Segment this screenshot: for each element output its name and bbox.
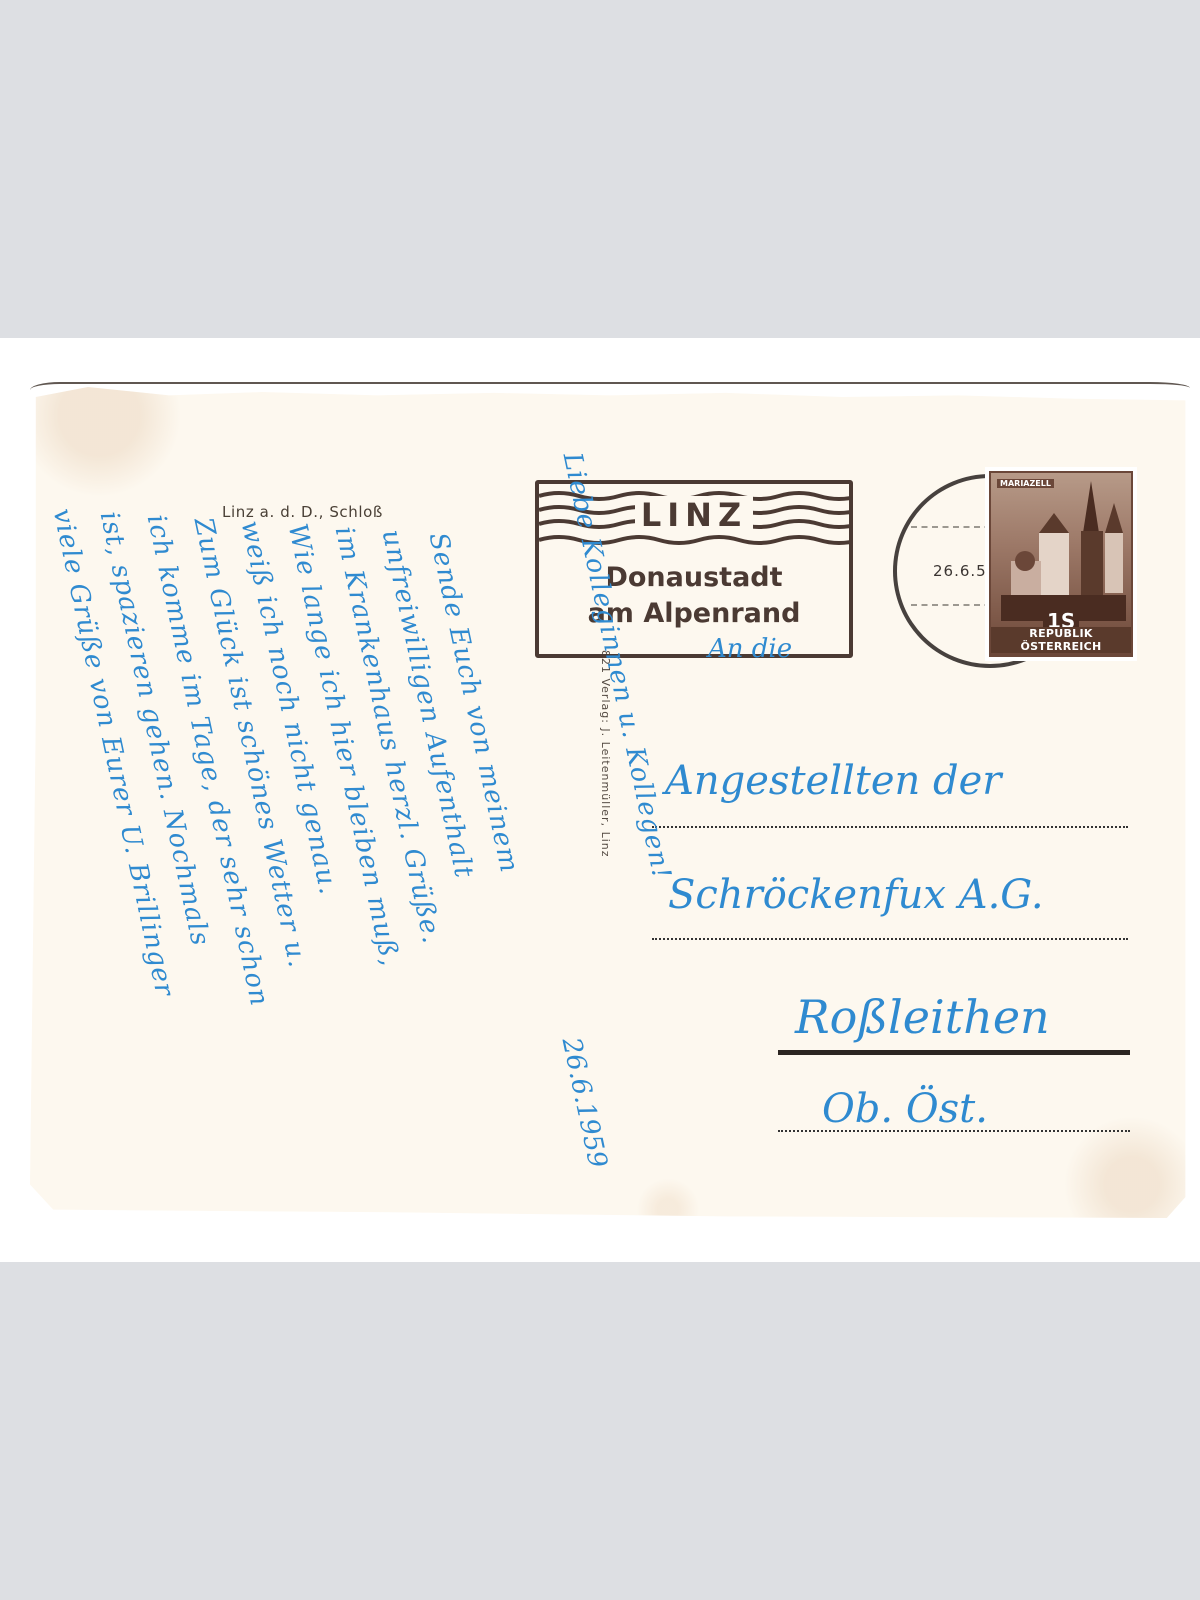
address-line-2: Schröckenfux A.G. — [668, 872, 1044, 918]
address-line-4: Ob. Öst. — [822, 1086, 988, 1132]
stamp-place: MARIAZELL — [997, 479, 1054, 488]
address-prefix: An die — [708, 634, 792, 664]
printed-caption: Linz a. d. D., Schloß — [222, 503, 383, 521]
stamp-country: REPUBLIK ÖSTERREICH — [991, 627, 1131, 653]
address-line-1: Angestellten der — [665, 758, 1001, 804]
address-line-3: Roßleithen — [795, 990, 1050, 1044]
postcard-deckle-edge — [30, 382, 1190, 398]
address-dotted-line-1 — [652, 826, 1128, 828]
cancellation-slogan-line2: am Alpenrand — [539, 598, 849, 629]
address-dotted-line-3 — [778, 1130, 1130, 1132]
postage-stamp: MARIAZELL 1S REPUBLIK ÖSTERREICH — [985, 467, 1137, 661]
address-underline — [778, 1050, 1130, 1055]
address-dotted-line-2 — [652, 938, 1128, 940]
cancellation-city: LINZ — [635, 496, 753, 534]
